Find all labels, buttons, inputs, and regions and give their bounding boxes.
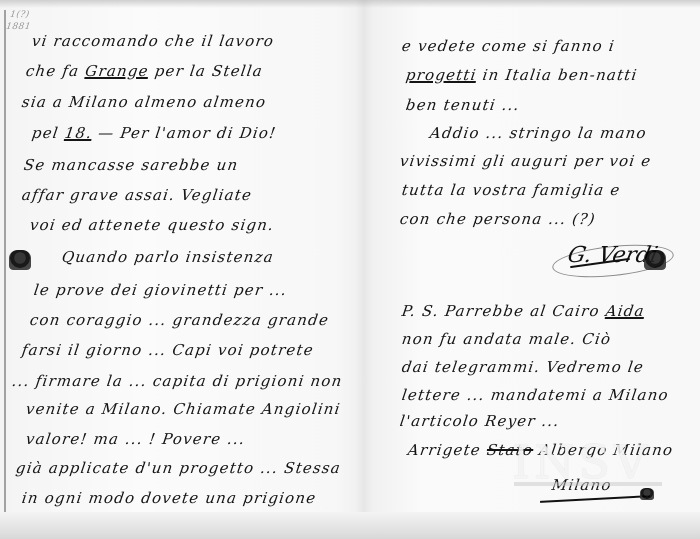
underlined-date: 18. — [64, 124, 94, 142]
left-line-8: Quando parlo insistenza — [61, 248, 275, 266]
left-line-10: con coraggio ... grandezza grande — [29, 311, 331, 329]
postscript-line-4: lettere ... mandatemi a Milano — [401, 386, 670, 404]
letter-sheet: 1(?) 1881 vi raccomando che il lavoro ch… — [0, 0, 700, 539]
right-line-1: e vedete come si fanno i — [401, 37, 616, 55]
left-line-15: già applicate d'un progetto ... Stessa — [15, 459, 343, 477]
ink-blot-left — [9, 250, 31, 270]
paper-left-edge — [4, 10, 6, 515]
left-line-11: farsi il giorno ... Capi voi potrete — [21, 341, 315, 359]
left-line-14: valore! ma ... ! Povere ... — [25, 430, 247, 448]
archive-watermark: INSV — [512, 435, 651, 489]
margin-annotation-1: 1(?) — [9, 10, 30, 20]
ink-blot-signature — [644, 250, 666, 270]
underlined-aida: Aida — [605, 302, 647, 320]
underlined-grange: Grange — [84, 62, 150, 80]
left-line-1: vi raccomando che il lavoro — [31, 32, 276, 50]
right-line-3: ben tenuti ... — [405, 96, 521, 114]
left-line-6: affar grave assai. Vegliate — [21, 186, 254, 204]
right-line-5: vivissimi gli auguri per voi e — [399, 152, 653, 170]
watermark-subline — [514, 482, 662, 486]
right-line-2: progetti in Italia ben-natti — [405, 66, 639, 84]
left-line-9: le prove dei giovinetti per ... — [33, 281, 289, 299]
postscript-line-1: P. S. Parrebbe al Cairo Aida — [401, 302, 646, 320]
right-line-4: Addio ... stringo la mano — [429, 124, 648, 142]
left-line-16: in ogni modo dovete una prigione — [21, 489, 318, 507]
address-underline — [540, 495, 650, 503]
left-line-2: che fa Grange per la Stella — [25, 62, 265, 80]
margin-annotation-2: 1881 — [5, 22, 31, 32]
right-line-6: tutta la vostra famiglia e — [401, 181, 622, 199]
left-line-5: Se mancasse sarebbe un — [23, 156, 240, 174]
ink-blot-address — [640, 488, 654, 500]
left-line-3: sia a Milano almeno almeno — [21, 93, 268, 111]
left-line-13: venite a Milano. Chiamate Angiolini — [25, 400, 342, 418]
postscript-line-2: non fu andata male. Ciò — [401, 330, 613, 348]
underlined-progetti: progetti — [405, 66, 478, 84]
left-line-12: ... firmare la ... capita di prigioni no… — [11, 372, 344, 390]
scan-top-shadow — [0, 0, 700, 8]
left-line-7: voi ed attenete questo sign. — [29, 216, 276, 234]
left-line-4: pel 18. — Per l'amor di Dio! — [31, 124, 278, 142]
scan-bottom-band — [0, 512, 700, 539]
right-line-7: con che persona ... (?) — [399, 210, 597, 228]
center-fold — [355, 0, 373, 539]
postscript-line-3: dai telegrammi. Vedremo le — [401, 358, 646, 376]
postscript-line-5: l'articolo Reyer ... — [399, 412, 561, 430]
